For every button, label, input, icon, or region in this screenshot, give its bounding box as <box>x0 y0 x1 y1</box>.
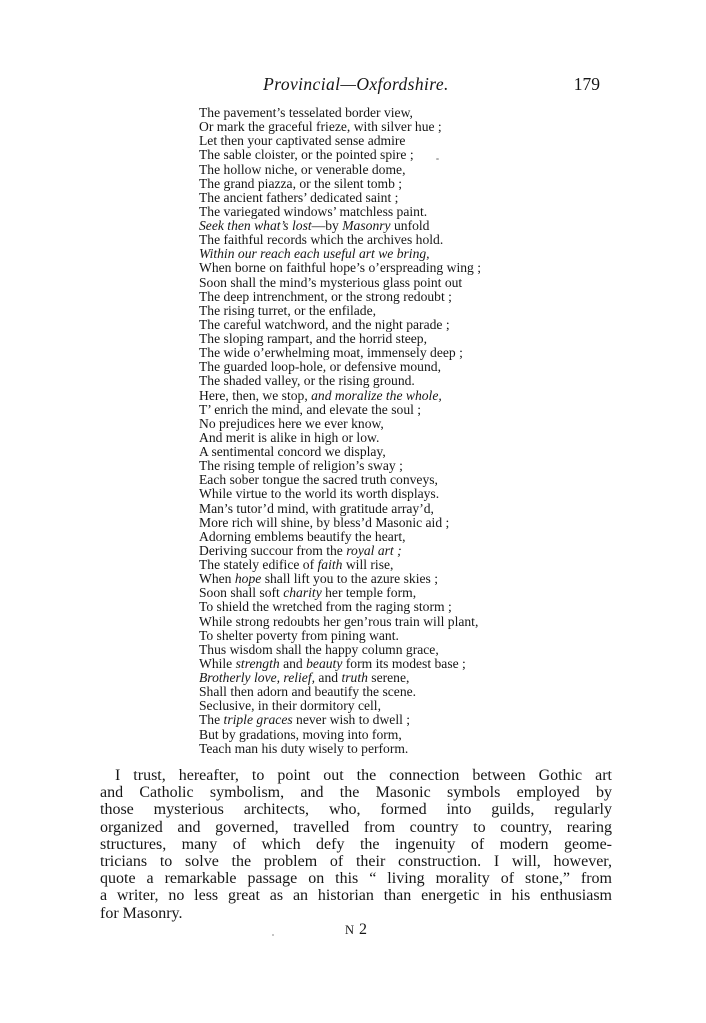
page-header: Provincial—Oxfordshire. 179 <box>100 74 612 98</box>
poem-line: Thus wisdom shall the happy column grace… <box>199 643 481 657</box>
poem-line: The grand piazza, or the silent tomb ; <box>199 177 481 191</box>
poem-line: To shelter poverty from pining want. <box>199 629 481 643</box>
prose-line: a writer, no less great as an historian … <box>100 887 612 904</box>
poem-line: The pavement’s tesselated border view, <box>199 106 481 120</box>
book-page: Provincial—Oxfordshire. 179 The pavement… <box>0 0 706 1023</box>
poem-line: The faithful records which the archives … <box>199 233 481 247</box>
poem-line: While strong redoubts her gen’rous train… <box>199 615 481 629</box>
poem-line: The stately edifice of faith will rise, <box>199 558 481 572</box>
poem-line: Or mark the graceful frieze, with silver… <box>199 120 481 134</box>
signature-letter: N <box>345 923 354 937</box>
poem-line: To shield the wretched from the raging s… <box>199 600 481 614</box>
poem-line: The sloping rampart, and the horrid stee… <box>199 332 481 346</box>
prose-line: tricians to solve the problem of their c… <box>100 853 612 870</box>
poem-line: The guarded loop-hole, or defensive moun… <box>199 360 481 374</box>
poem-line: Man’s tutor’d mind, with gratitude array… <box>199 502 481 516</box>
signature-number: 2 <box>359 921 367 938</box>
prose-line: quote a remarkable passage on this “ liv… <box>100 870 612 887</box>
prose-paragraph: I trust, hereafter, to point out the con… <box>100 767 612 922</box>
poem-line: But by gradations, moving into form, <box>199 728 481 742</box>
poem-line: Here, then, we stop, and moralize the wh… <box>199 389 481 403</box>
poem-line: The variegated windows’ matchless paint. <box>199 205 481 219</box>
poem-line: Soon shall the mind’s mysterious glass p… <box>199 276 481 290</box>
scan-speck <box>272 934 274 936</box>
poem: The pavement’s tesselated border view,Or… <box>199 106 481 756</box>
poem-line: Shall then adorn and beautify the scene. <box>199 685 481 699</box>
poem-line: Seek then what’s lost—by Masonry unfold <box>199 219 481 233</box>
poem-line: The rising turret, or the enfilade, <box>199 304 481 318</box>
page-number: 179 <box>574 74 600 95</box>
poem-line: A sentimental concord we display, <box>199 445 481 459</box>
poem-line: Soon shall soft charity her temple form, <box>199 586 481 600</box>
poem-line: When hope shall lift you to the azure sk… <box>199 572 481 586</box>
poem-line: Each sober tongue the sacred truth conve… <box>199 473 481 487</box>
poem-line: Seclusive, in their dormitory cell, <box>199 699 481 713</box>
poem-line: Within our reach each useful art we brin… <box>199 247 481 261</box>
poem-line: T’ enrich the mind, and elevate the soul… <box>199 403 481 417</box>
poem-line: The triple graces never wish to dwell ; <box>199 713 481 727</box>
poem-line: While strength and beauty form its modes… <box>199 657 481 671</box>
signature-mark: N2 <box>100 921 612 939</box>
poem-line: More rich will shine, by bless’d Masonic… <box>199 516 481 530</box>
prose-line: structures, many of which defy the ingen… <box>100 836 612 853</box>
poem-line: While virtue to the world its worth disp… <box>199 487 481 501</box>
poem-line: The wide o’erwhelming moat, immensely de… <box>199 346 481 360</box>
poem-line: Brotherly love, relief, and truth serene… <box>199 671 481 685</box>
running-title: Provincial—Oxfordshire. <box>100 74 612 95</box>
poem-line: The rising temple of religion’s sway ; <box>199 459 481 473</box>
poem-line: The shaded valley, or the rising ground. <box>199 374 481 388</box>
scan-speck <box>436 158 439 160</box>
poem-line: Adorning emblems beautify the heart, <box>199 530 481 544</box>
prose-line: organized and governed, travelled from c… <box>100 819 612 836</box>
poem-line: The hollow niche, or venerable dome, <box>199 163 481 177</box>
poem-line: No prejudices here we ever know, <box>199 417 481 431</box>
poem-line: Deriving succour from the royal art ; <box>199 544 481 558</box>
poem-line: When borne on faithful hope’s o’erspread… <box>199 261 481 275</box>
poem-line: Let then your captivated sense admire <box>199 134 481 148</box>
poem-line: And merit is alike in high or low. <box>199 431 481 445</box>
poem-line: Teach man his duty wisely to perform. <box>199 742 481 756</box>
poem-line: The careful watchword, and the night par… <box>199 318 481 332</box>
prose-line: for Masonry. <box>100 905 612 922</box>
poem-line: The sable cloister, or the pointed spire… <box>199 148 481 162</box>
prose-line: I trust, hereafter, to point out the con… <box>100 767 612 784</box>
prose-line: those mysterious architects, who, formed… <box>100 801 612 818</box>
poem-line: The deep intrenchment, or the strong red… <box>199 290 481 304</box>
prose-line: and Catholic symbolism, and the Masonic … <box>100 784 612 801</box>
poem-line: The ancient fathers’ dedicated saint ; <box>199 191 481 205</box>
